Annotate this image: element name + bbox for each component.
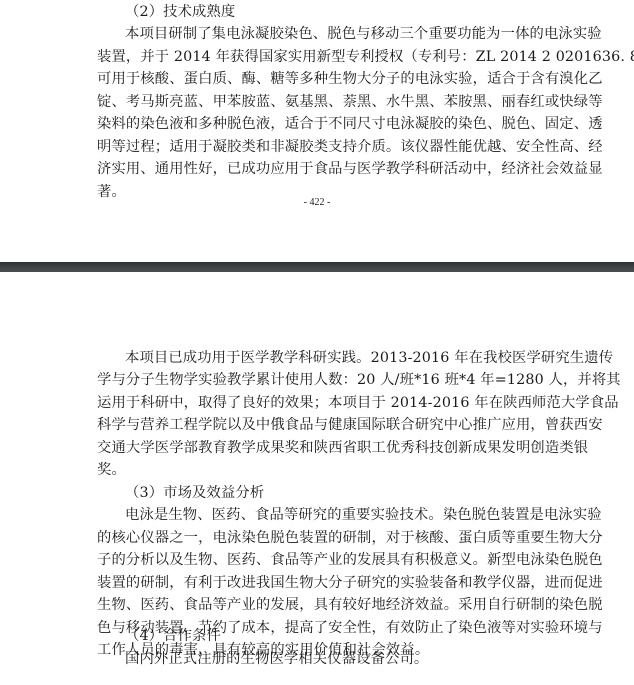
paragraph-line: 装置的研制，有利于改进我国生物大分子研究的实验装备和教学仪器，进而促进 — [97, 573, 549, 593]
paragraph-line: 学与分子生物学实验教学累计使用人数：20 人/班*16 班*4 年=1280 人… — [97, 370, 549, 390]
paragraph-line: 交通大学医学部教育教学成果奖和陕西省职工优秀科技创新成果发明创造类银 — [97, 438, 549, 458]
section-heading-market-analysis: （3）市场及效益分析 — [125, 483, 264, 503]
paragraph-line: 本项目已成功用于医学教学科研实践。2013-2016 年在我校医学研究生遗传 — [125, 348, 613, 368]
paragraph-line: 锭、考马斯亮蓝、甲苯胺蓝、氨基黑、萘黑、水牛黑、苯胺黑、丽春红或快绿等 — [97, 92, 549, 112]
paragraph-line: 可用于核酸、蛋白质、酶、糖等多种生物大分子的电泳实验，适合于含有溴化乙 — [97, 69, 549, 89]
paragraph-line: 本项目研制了集电泳凝胶染色、脱色与移动三个重要功能为一体的电泳实验 — [125, 24, 602, 44]
paragraph-line: 生物、医药、食品等产业的发展，具有较好地经济效益。采用自行研制的染色脱 — [97, 595, 549, 615]
paragraph-line: 奖。 — [97, 460, 126, 480]
paragraph-line: 运用于科研中，取得了良好的效果；本项目于 2014-2016 年在陕西师范大学食… — [97, 393, 549, 413]
document-page-422: （2）技术成熟度 本项目研制了集电泳凝胶染色、脱色与移动三个重要功能为一体的电泳… — [0, 0, 634, 262]
paragraph-line: 明等过程；适用于凝胶类和非凝胶类支持介质。该仪器性能优越、安全性高、经 — [97, 137, 549, 157]
paragraph-line: 的核心仪器之一，电泳染色脱色装置的研制，对于核酸、蛋白质等重要生物大分 — [97, 528, 549, 548]
paragraph-line: 电泳是生物、医药、食品等研究的重要实验技术。染色脱色装置是电泳实验 — [125, 505, 602, 525]
section-heading-cooperation: （4）合作条件 — [125, 626, 221, 646]
paragraph-line: 染料的染色液和多种脱色液，适合于不同尺寸电泳凝胶的染色、脱色、固定、透 — [97, 114, 549, 134]
page-number: - 422 - — [0, 197, 634, 208]
paragraph-line: 济实用、通用性好，已成功应用于食品与医学教学科研活动中，经济社会效益显 — [97, 159, 549, 179]
paragraph-line: 国内外正式注册的生物医学相关仪器设备公司。 — [125, 649, 428, 669]
section-heading-tech-maturity: （2）技术成熟度 — [125, 2, 235, 22]
page-break-separator — [0, 262, 634, 272]
paragraph-line: 子的分析以及生物、医药、食品等产业的发展具有积极意义。新型电泳染色脱色 — [97, 550, 549, 570]
paragraph-line: 科学与营养工程学院以及中俄食品与健康国际联合研究中心推广应用，曾获西安 — [97, 415, 549, 435]
document-page-423: 本项目已成功用于医学教学科研实践。2013-2016 年在我校医学研究生遗传 学… — [0, 272, 634, 685]
paragraph-line: 装置，并于 2014 年获得国家实用新型专利授权（专利号：ZL 2014 2 0… — [97, 47, 549, 67]
